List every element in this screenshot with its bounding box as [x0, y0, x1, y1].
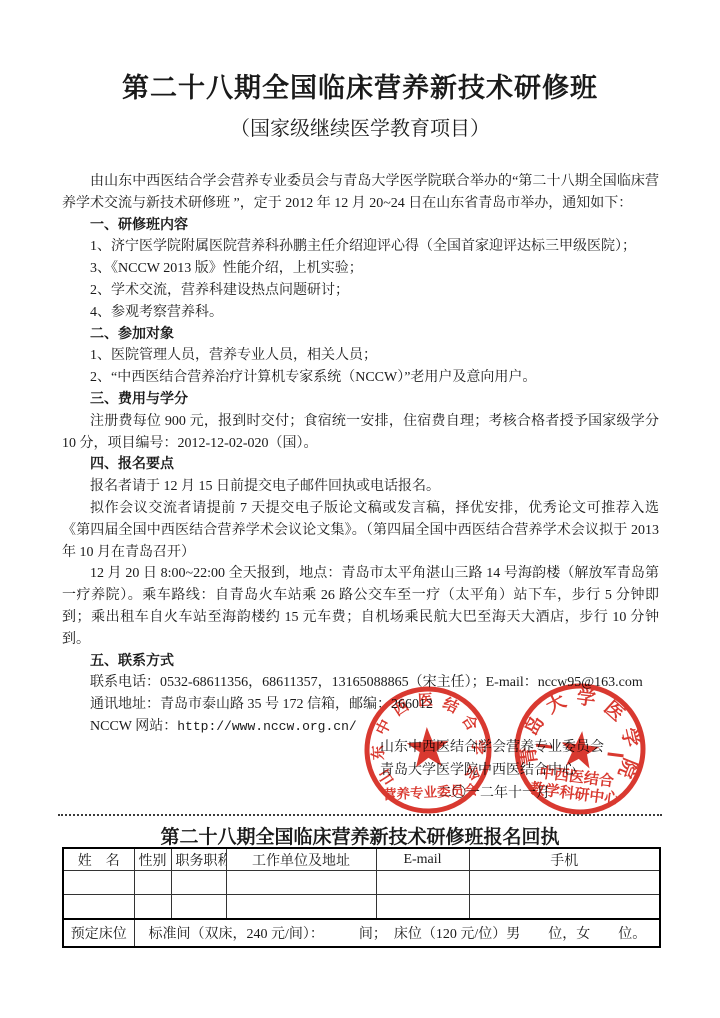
intro-paragraph: 由山东中西医结合学会营养专业委员会与青岛大学医学院联合举办的“第二十八期全国临床…: [62, 171, 659, 215]
svg-text:医: 医: [417, 692, 433, 710]
seal-arc-text: 青岛大学医学院: [514, 679, 650, 782]
col-title: 职务职称: [171, 848, 226, 871]
dotted-cut-line: [58, 814, 662, 816]
svg-text:学: 学: [469, 739, 488, 755]
document-page: 第二十八期全国临床营养新技术研修班 （国家级继续医学教育项目） 由山东中西医结合…: [0, 0, 720, 1018]
section-heading-4: 四、报名要点: [62, 454, 659, 476]
list-item: 1、济宁医学院附属医院营养科孙鹏主任介绍迎评心得（全国首家迎评达标三甲级医院）；: [62, 236, 659, 258]
section-heading-5: 五、联系方式: [62, 651, 659, 673]
document-body: 由山东中西医结合学会营养专业委员会与青岛大学医学院联合举办的“第二十八期全国临床…: [62, 171, 659, 738]
empty-row: [63, 895, 660, 920]
svg-text:青: 青: [516, 745, 541, 767]
col-mobile: 手机: [469, 848, 660, 871]
reply-form-heading: 第二十八期全国临床营养新技术研修班报名回执: [0, 822, 720, 849]
list-item: 2、“中西医结合营养治疗计算机专家系统（NCCW）”老用户及意向用户。: [62, 367, 659, 389]
col-gender: 性别: [134, 848, 171, 871]
document-title: 第二十八期全国临床营养新技术研修班: [0, 66, 720, 105]
col-name: 姓 名: [63, 848, 134, 871]
list-item: 3、《NCCW 2013 版》性能介绍，上机实验；: [62, 258, 659, 280]
paper-submission-paragraph: 拟作会议交流者请提前 7 天提交电子版论文稿或发言稿，择优安排，优秀论文可推荐入…: [62, 498, 659, 563]
svg-text:学: 学: [575, 685, 597, 710]
section-heading-1: 一、研修班内容: [62, 215, 659, 237]
list-item: 2、学术交流，营养科建设热点问题研讨；: [62, 280, 659, 302]
checkin-route-paragraph: 12 月 20 日 8:00~22:00 全天报到，地点：青岛市太平角湛山三路 …: [62, 563, 659, 650]
list-item: 1、医院管理人员，营养专业人员，相关人员；: [62, 345, 659, 367]
star-icon: [559, 729, 601, 770]
registration-paragraph: 报名者请于 12 月 15 日前提交电子邮件回执或电话报名。: [62, 476, 659, 498]
col-workunit: 工作单位及地址: [226, 848, 376, 871]
table-header-row: 姓 名 性别 职务职称 工作单位及地址 E-mail 手机: [63, 848, 660, 871]
seal-divider-bar: [607, 752, 623, 757]
list-item: 4、参观考察营养科。: [62, 302, 659, 324]
fee-paragraph: 注册费每位 900 元，报到时交付；食宿统一安排，住宿费自理；考核合格者授予国家…: [62, 411, 659, 455]
reply-form-table: 姓 名 性别 职务职称 工作单位及地址 E-mail 手机 预定床位 标准间（双…: [62, 847, 661, 948]
bed-reservation-row: 预定床位 标准间（双床，240 元/间）： 间； 床位（120 元/位）男 位，…: [63, 919, 660, 947]
document-subtitle: （国家级继续医学教育项目）: [0, 112, 720, 141]
bed-row-text: 标准间（双床，240 元/间）： 间； 床位（120 元/位）男 位，女 位。: [134, 919, 660, 947]
col-email: E-mail: [376, 848, 469, 871]
section-heading-2: 二、参加对象: [62, 324, 659, 346]
star-icon: [406, 726, 450, 768]
svg-text:东: 东: [369, 745, 388, 761]
website-label: NCCW 网站：: [90, 719, 177, 734]
bed-row-label: 预定床位: [63, 919, 134, 947]
seal-right-medical-college: 青岛大学医学院 中西医结合 教学科研中心: [505, 674, 655, 824]
website-url: http://www.nccw.org.cn/: [177, 719, 356, 734]
seal-left-nutrition-committee: 山东中西医结合学会 营养专业委员会: [358, 680, 498, 820]
section-heading-3: 三、费用与学分: [62, 389, 659, 411]
empty-row: [63, 871, 660, 895]
